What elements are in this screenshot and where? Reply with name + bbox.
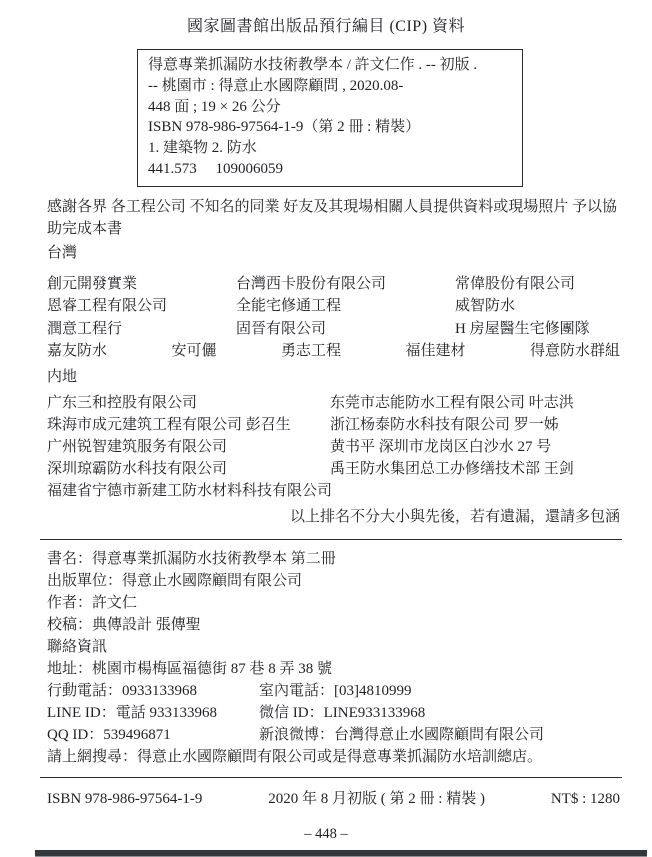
mobile-phone: 行動電話：0933133968 [47, 680, 259, 702]
divider [40, 777, 622, 778]
company-name: 創元開發實業 [47, 273, 236, 296]
company-name: 广州锐智建筑服务有限公司 [47, 436, 330, 458]
publisher-line: 出版單位：得意止水國際顧問有限公司 [47, 570, 620, 592]
company-name: 恩睿工程有限公司 [47, 295, 236, 318]
book-info-block: 書名：得意專業抓漏防水技術教學本 第二冊 出版單位：得意止水國際顧問有限公司 作… [47, 548, 620, 768]
cip-line: 441.573 109006059 [148, 159, 512, 180]
divider [40, 539, 622, 540]
landline-phone: 室內電話：[03]4810999 [259, 680, 620, 702]
company-row: 深圳琼霸防水科技有限公司 禹王防水集团总工办修缮技术部 王剑 [47, 458, 620, 480]
company-name: 勇志工程 [281, 340, 341, 363]
page-number: – 448 – [0, 823, 652, 845]
company-name: 福佳建材 [405, 340, 465, 363]
footer-edition: 2020 年 8 月初版 ( 第 2 冊 : 精裝 ) [268, 788, 485, 810]
cip-line: ISBN 978-986-97564-1-9（第 2 冊 : 精裝） [148, 117, 512, 138]
cip-line: 448 面 ; 19 × 26 公分 [148, 97, 512, 118]
author-line: 作者：許文仁 [47, 592, 620, 614]
company-name: 嘉友防水 [47, 340, 107, 363]
book-colophon-page: 國家圖書館出版品預行編目 (CIP) 資料 得意專業抓漏防水技術教學本 / 許文… [0, 0, 652, 857]
ranking-disclaimer: 以上排名不分大小與先後，若有遺漏，還請多包涵 [47, 506, 620, 528]
wechat-id: 微信 ID：LINE933133968 [259, 702, 620, 724]
contact-row: QQ ID：539496871 新浪微博：台灣得意止水國際顧問有限公司 [47, 724, 620, 746]
company-row: 恩睿工程有限公司 全能宅修通工程 威智防水 [47, 295, 620, 318]
company-row: 創元開發實業 台灣西卡股份有限公司 常偉股份有限公司 [47, 273, 620, 296]
contact-row: LINE ID：電話 933133968 微信 ID：LINE933133968 [47, 702, 620, 724]
company-name: 广东三和控股有限公司 [47, 392, 330, 414]
footer-publication-line: ISBN 978-986-97564-1-9 2020 年 8 月初版 ( 第 … [47, 788, 620, 810]
contact-heading: 聯絡資訊 [47, 636, 620, 658]
company-name: 禹王防水集团总工办修缮技术部 王剑 [330, 458, 620, 480]
company-name: H 房屋醫生宅修團隊 [455, 318, 620, 341]
page-bottom-scan-bar [35, 850, 647, 857]
cip-title: 國家圖書館出版品預行編目 (CIP) 資料 [0, 0, 652, 38]
section-heading-mainland: 内地 [47, 366, 620, 388]
cip-line: -- 桃園市 : 得意止水國際顧問 , 2020.08- [148, 76, 512, 97]
company-name: 潤意工程行 [47, 318, 236, 341]
contact-row: 行動電話：0933133968 室內電話：[03]4810999 [47, 680, 620, 702]
company-name: 威智防水 [455, 295, 620, 318]
company-row: 福建省宁德市新建工防水材料科技有限公司 [47, 480, 620, 502]
acknowledgement-paragraph: 感謝各界 各工程公司 不知名的同業 好友及其現場相關人員提供資料或現場照片 予以… [47, 196, 620, 240]
company-name: 安可儷 [171, 340, 216, 363]
company-row: 潤意工程行 固晉有限公司 H 房屋醫生宅修團隊 [47, 318, 620, 341]
qq-id: QQ ID：539496871 [47, 724, 259, 746]
company-name: 得意防水群組 [530, 340, 620, 363]
main-content: 感謝各界 各工程公司 不知名的同業 好友及其現場相關人員提供資料或現場照片 予以… [47, 196, 620, 528]
weibo-name: 新浪微博：台灣得意止水國際顧問有限公司 [259, 724, 620, 746]
company-row: 广州锐智建筑服务有限公司 黄书平 深圳市龙岗区白沙水 27 号 [47, 436, 620, 458]
proofreader-line: 校稿：典傳設計 張傳聖 [47, 614, 620, 636]
company-name: 全能宅修通工程 [236, 295, 455, 318]
cip-record-box: 得意專業抓漏防水技術教學本 / 許文仁作 . -- 初版 . -- 桃園市 : … [137, 49, 523, 187]
company-row: 广东三和控股有限公司 东莞市志能防水工程有限公司 叶志洪 [47, 392, 620, 414]
cip-line: 1. 建築物 2. 防水 [148, 138, 512, 159]
footer-price: NT$ : 1280 [551, 788, 620, 810]
section-heading-taiwan: 台灣 [47, 242, 620, 264]
company-name: 珠海市成元建筑工程有限公司 彭召生 [47, 414, 330, 436]
company-name: 深圳琼霸防水科技有限公司 [47, 458, 330, 480]
company-name: 固晉有限公司 [236, 318, 455, 341]
company-row: 嘉友防水 安可儷 勇志工程 福佳建材 得意防水群組 [47, 340, 620, 363]
line-id: LINE ID：電話 933133968 [47, 702, 259, 724]
company-name: 浙江杨泰防水科技有限公司 罗一姊 [330, 414, 620, 436]
book-title-line: 書名：得意專業抓漏防水技術教學本 第二冊 [47, 548, 620, 570]
company-row: 珠海市成元建筑工程有限公司 彭召生 浙江杨泰防水科技有限公司 罗一姊 [47, 414, 620, 436]
company-name: 东莞市志能防水工程有限公司 叶志洪 [330, 392, 620, 414]
company-name: 黄书平 深圳市龙岗区白沙水 27 号 [330, 436, 620, 458]
address-line: 地址：桃園市楊梅區福德街 87 巷 8 弄 38 號 [47, 658, 620, 680]
search-instruction: 請上網搜尋：得意止水國際顧問有限公司或是得意專業抓漏防水培訓總店。 [47, 746, 620, 768]
company-name: 台灣西卡股份有限公司 [236, 273, 455, 296]
footer-isbn: ISBN 978-986-97564-1-9 [47, 788, 202, 810]
cip-line: 得意專業抓漏防水技術教學本 / 許文仁作 . -- 初版 . [148, 55, 512, 76]
company-name: 常偉股份有限公司 [455, 273, 620, 296]
